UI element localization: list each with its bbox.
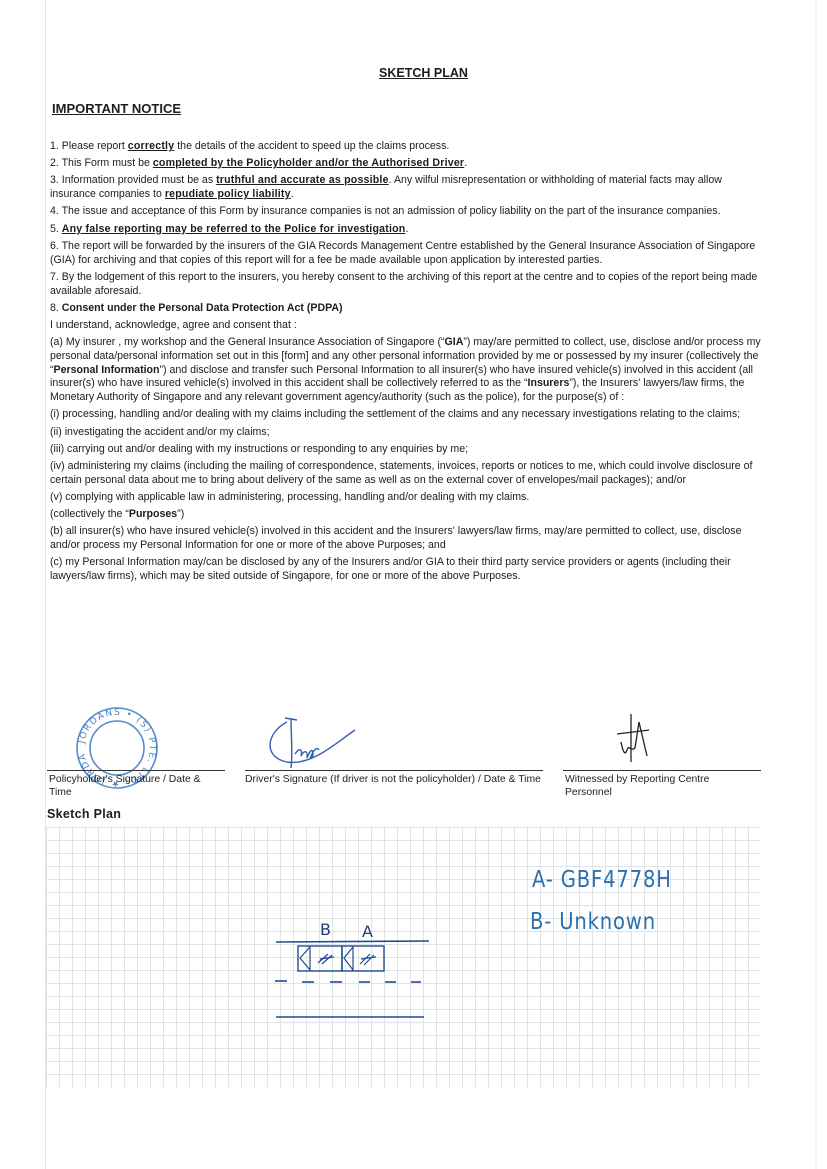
consent-clause-c: (c) my Personal Information may/can be d…	[50, 556, 768, 584]
purpose-iv: (iv) administering my claims (including …	[50, 460, 768, 488]
driver-signature-line[interactable]	[245, 770, 543, 771]
purpose-ii: (ii) investigating the accident and/or m…	[50, 426, 768, 440]
policyholder-signature-block: JORDANS • (S) PTE. LTD. ★ JORDANS Policy…	[47, 700, 227, 810]
sketch-plan-heading: Sketch Plan	[47, 807, 121, 821]
witness-signature-label: Witnessed by Reporting Centre Personnel	[565, 773, 755, 799]
vehicle-b-label: B	[320, 920, 331, 939]
document-title: SKETCH PLAN	[0, 66, 827, 80]
purpose-v: (v) complying with applicable law in adm…	[50, 491, 768, 505]
witness-signature-scribble-icon	[613, 712, 653, 764]
consent-clause-a: (a) My insurer , my workshop and the Gen…	[50, 336, 768, 405]
notice-item-2: 2. This Form must be completed by the Po…	[50, 157, 768, 171]
witness-signature-block: Witnessed by Reporting Centre Personnel	[563, 700, 763, 810]
purpose-i: (i) processing, handling and/or dealing …	[50, 408, 768, 422]
purpose-iii: (iii) carrying out and/or dealing with m…	[50, 443, 768, 457]
accident-sketch-drawing	[46, 827, 760, 1087]
consent-clause-b: (b) all insurer(s) who have insured vehi…	[50, 525, 768, 553]
sketch-grid[interactable]: B A A- GBF4778H B- Unknown	[46, 827, 760, 1087]
signature-row: JORDANS • (S) PTE. LTD. ★ JORDANS Policy…	[47, 700, 762, 810]
important-notice-heading: IMPORTANT NOTICE	[52, 101, 181, 116]
notice-item-3: 3. Information provided must be as truth…	[50, 174, 768, 202]
notice-item-8: 8. Consent under the Personal Data Prote…	[50, 302, 768, 316]
notice-item-1: 1. Please report correctly the details o…	[50, 140, 768, 154]
policyholder-signature-line[interactable]	[47, 770, 225, 771]
notice-item-7: 7. By the lodgement of this report to th…	[50, 271, 768, 299]
notice-item-6: 6. The report will be forwarded by the i…	[50, 240, 768, 268]
vehicle-a-label: A	[362, 922, 373, 941]
driver-signature-label: Driver's Signature (If driver is not the…	[245, 773, 545, 786]
vehicle-b-note: B- Unknown	[530, 909, 656, 935]
driver-signature-scribble-icon	[257, 702, 357, 770]
notice-item-5: 5. Any false reporting may be referred t…	[50, 223, 768, 237]
vehicle-a-note: A- GBF4778H	[532, 867, 672, 893]
driver-signature-block: Driver's Signature (If driver is not the…	[245, 700, 545, 810]
purposes-definition: (collectively the “Purposes”)	[50, 508, 768, 522]
notice-body: 1. Please report correctly the details o…	[50, 140, 768, 587]
page-right-border	[815, 0, 817, 1169]
witness-signature-line[interactable]	[563, 770, 761, 771]
consent-intro: I understand, acknowledge, agree and con…	[50, 319, 768, 333]
policyholder-signature-label: Policyholder's Signature / Date & Time	[49, 773, 224, 799]
notice-item-4: 4. The issue and acceptance of this Form…	[50, 205, 768, 219]
